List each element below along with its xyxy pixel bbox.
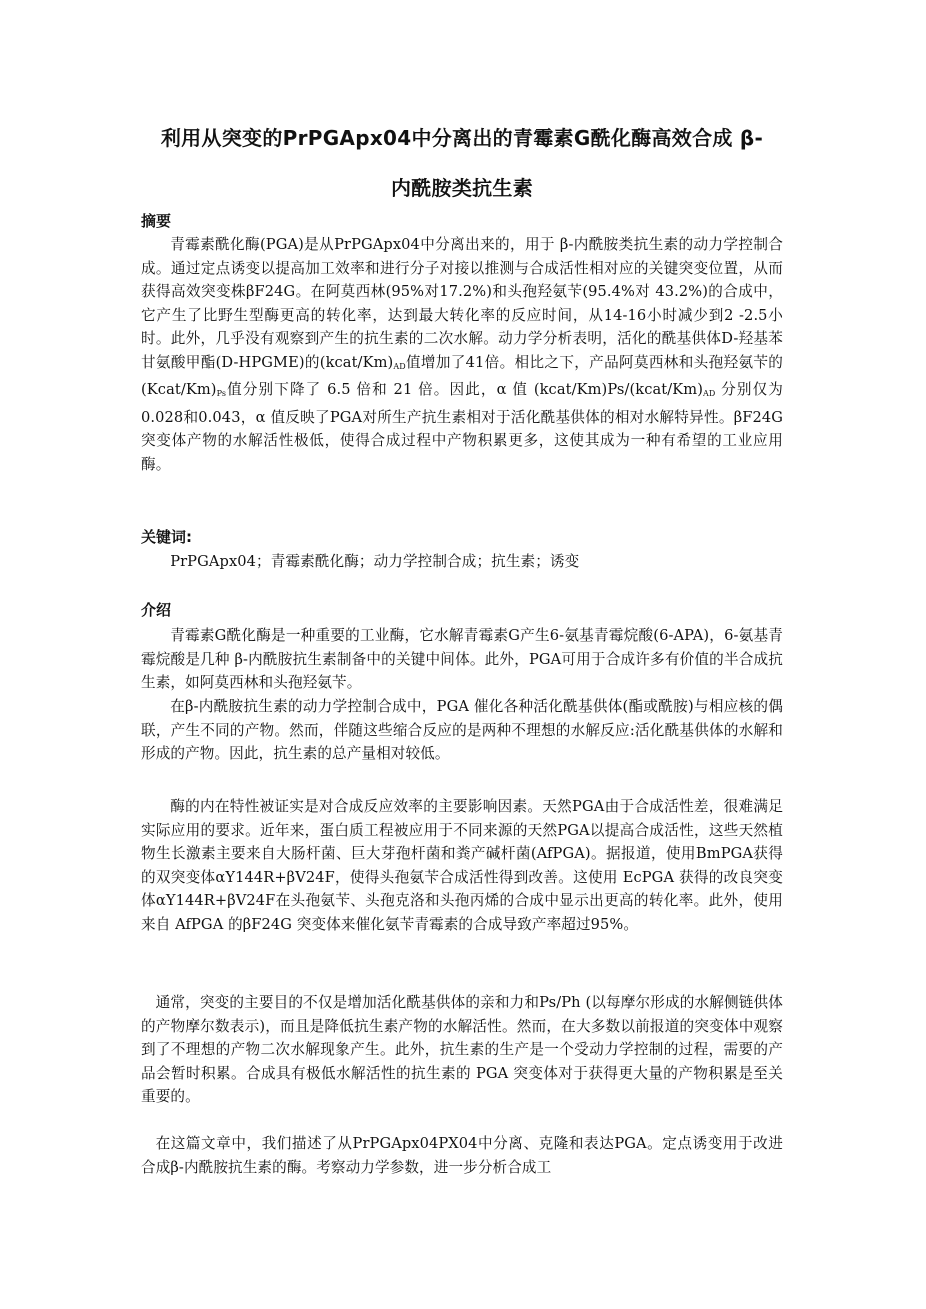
subscript-ad: AD — [393, 362, 405, 371]
abstract-text-1: 青霉素酰化酶(PGA)是从PrPGApx04中分离出来的，用于 β-内酰胺类抗生… — [141, 236, 783, 371]
title-line-2: 内酰胺类抗生素 — [141, 164, 783, 212]
abstract-paragraph: 青霉素酰化酶(PGA)是从PrPGApx04中分离出来的，用于 β-内酰胺类抗生… — [141, 233, 783, 476]
abstract-heading: 摘要 — [141, 211, 171, 231]
introduction-heading: 介绍 — [141, 600, 171, 620]
keywords-heading: 关键词: — [141, 527, 192, 547]
subscript-ps: Ps — [217, 389, 226, 398]
subscript-ad-2: AD — [703, 389, 715, 398]
title-line-1: 利用从突变的PrPGApx04中分离出的青霉素G酰化酶高效合成 β- — [131, 114, 793, 162]
abstract-text-3: 值分别下降了 6.5 倍和 21 倍。因此，α 值 (kcat/Km)Ps/(k… — [226, 381, 703, 398]
intro-paragraph-5: 在这篇文章中，我们描述了从PrPGApx04PX04中分离、克隆和表达PGA。定… — [141, 1132, 783, 1179]
intro-paragraph-4: 通常，突变的主要目的不仅是增加活化酰基供体的亲和力和Ps/Ph (以每摩尔形成的… — [141, 991, 783, 1109]
keywords-text: PrPGApx04；青霉素酰化酶；动力学控制合成；抗生素；诱变 — [141, 550, 783, 574]
intro-paragraph-3: 酶的内在特性被证实是对合成反应效率的主要影响因素。天然PGA由于合成活性差，很难… — [141, 795, 783, 936]
intro-paragraph-2: 在β-内酰胺抗生素的动力学控制合成中，PGA 催化各种活化酰基供体(酯或酰胺)与… — [141, 695, 783, 766]
intro-paragraph-1: 青霉素G酰化酶是一种重要的工业酶，它水解青霉素G产生6-氨基青霉烷酸(6-APA… — [141, 624, 783, 695]
